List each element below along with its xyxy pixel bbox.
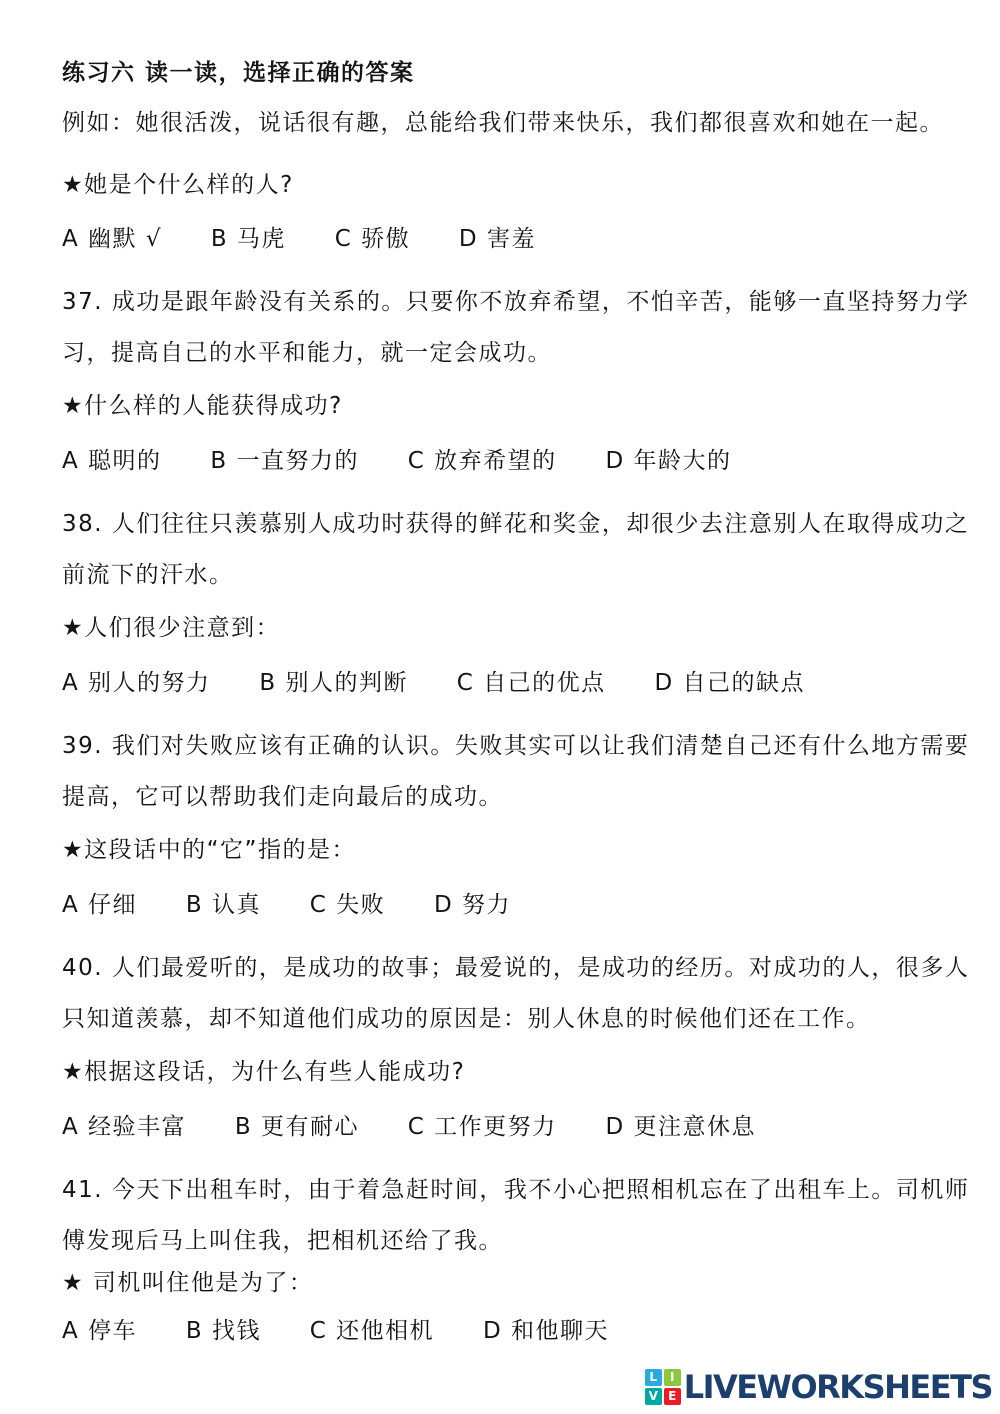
star-icon: ★ xyxy=(62,1059,84,1085)
worksheet-page: 练习六 读一读，选择正确的答案 例如：她很活泼，说话很有趣，总能给我们带来快乐，… xyxy=(0,0,1000,1414)
options-line-40: A 经验丰富 B 更有耐心 C 工作更努力 D 更注意休息 xyxy=(62,1112,950,1142)
option-c[interactable]: C 放弃希望的 xyxy=(408,446,557,476)
star-icon: ★ xyxy=(62,393,84,419)
passage-line: 40. 人们最爱听的，是成功的故事；最爱说的，是成功的经历。对成功的人，很多人 xyxy=(62,953,950,983)
option-d[interactable]: D 害羞 xyxy=(459,224,536,254)
option-c[interactable]: C 还他相机 xyxy=(310,1316,434,1346)
logo-cell-l: L xyxy=(645,1369,662,1386)
logo-cell-v: V xyxy=(645,1388,662,1405)
passage-line: 38. 人们往往只羡慕别人成功时获得的鲜花和奖金，却很少去注意别人在取得成功之 xyxy=(62,509,950,539)
question-text: 她是个什么样的人? xyxy=(84,172,294,198)
option-a[interactable]: A 停车 xyxy=(62,1316,137,1346)
example-intro: 例如：她很活泼，说话很有趣，总能给我们带来快乐，我们都很喜欢和她在一起。 xyxy=(62,108,950,138)
star-icon: ★ xyxy=(62,1270,84,1296)
page-title: 练习六 读一读，选择正确的答案 xyxy=(62,58,950,88)
question-line-41: ★ 司机叫住他是为了： xyxy=(62,1268,950,1298)
brand-name: LIVEWORKSHEETS xyxy=(684,1368,992,1406)
option-c[interactable]: C 自己的优点 xyxy=(457,668,606,698)
option-b[interactable]: B 找钱 xyxy=(186,1316,261,1346)
passage-line: 习，提高自己的水平和能力，就一定会成功。 xyxy=(62,338,950,368)
option-c[interactable]: C 骄傲 xyxy=(335,224,410,254)
option-d[interactable]: D 努力 xyxy=(434,890,511,920)
question-line-40: ★根据这段话，为什么有些人能成功? xyxy=(62,1057,950,1087)
worksheet-content: 练习六 读一读，选择正确的答案 例如：她很活泼，说话很有趣，总能给我们带来快乐，… xyxy=(0,0,1000,1346)
option-b[interactable]: B 一直努力的 xyxy=(210,446,359,476)
passage-line: 傅发现后马上叫住我，把相机还给了我。 xyxy=(62,1226,950,1256)
option-d[interactable]: D 年龄大的 xyxy=(605,446,731,476)
passage-line: 只知道羡慕，却不知道他们成功的原因是：别人休息的时候他们还在工作。 xyxy=(62,1004,950,1034)
question-text: 这段话中的“它”指的是： xyxy=(84,837,356,863)
option-a[interactable]: A 别人的努力 xyxy=(62,668,211,698)
options-line-37: A 聪明的 B 一直努力的 C 放弃希望的 D 年龄大的 xyxy=(62,446,950,476)
option-b[interactable]: B 认真 xyxy=(186,890,261,920)
question-text: 什么样的人能获得成功? xyxy=(84,393,343,419)
question-line-37: ★什么样的人能获得成功? xyxy=(62,391,950,421)
star-icon: ★ xyxy=(62,615,84,641)
liveworksheets-logo[interactable]: L I V E LIVEWORKSHEETS xyxy=(645,1368,992,1406)
question-text: 司机叫住他是为了： xyxy=(84,1270,313,1296)
options-line-41: A 停车 B 找钱 C 还他相机 D 和他聊天 xyxy=(62,1316,950,1346)
passage-line: 37. 成功是跟年龄没有关系的。只要你不放弃希望，不怕辛苦，能够一直坚持努力学 xyxy=(62,287,950,317)
passage-line: 41. 今天下出租车时，由于着急赶时间，我不小心把照相机忘在了出租车上。司机师 xyxy=(62,1175,950,1205)
option-a[interactable]: A 经验丰富 xyxy=(62,1112,186,1142)
option-b[interactable]: B 马虎 xyxy=(211,224,286,254)
option-d[interactable]: D 自己的缺点 xyxy=(654,668,805,698)
passage-line: 提高，它可以帮助我们走向最后的成功。 xyxy=(62,782,950,812)
option-a[interactable]: A 仔细 xyxy=(62,890,137,920)
option-a[interactable]: A 幽默 √ xyxy=(62,224,162,254)
logo-cell-e: E xyxy=(664,1388,681,1405)
option-b[interactable]: B 别人的判断 xyxy=(259,668,408,698)
options-line-38: A 别人的努力 B 别人的判断 C 自己的优点 D 自己的缺点 xyxy=(62,668,950,698)
options-line-39: A 仔细 B 认真 C 失败 D 努力 xyxy=(62,890,950,920)
option-c[interactable]: C 失败 xyxy=(310,890,385,920)
option-c[interactable]: C 工作更努力 xyxy=(408,1112,557,1142)
question-text: 根据这段话，为什么有些人能成功? xyxy=(84,1059,465,1085)
question-text: 人们很少注意到： xyxy=(84,615,280,641)
liveworksheets-grid-icon: L I V E xyxy=(645,1369,682,1406)
option-d[interactable]: D 和他聊天 xyxy=(483,1316,609,1346)
option-d[interactable]: D 更注意休息 xyxy=(605,1112,756,1142)
star-icon: ★ xyxy=(62,837,84,863)
star-icon: ★ xyxy=(62,172,84,198)
example-question-line: ★她是个什么样的人? xyxy=(62,170,950,200)
passage-line: 前流下的汗水。 xyxy=(62,560,950,590)
example-options-line: A 幽默 √ B 马虎 C 骄傲 D 害羞 xyxy=(62,224,950,254)
question-line-39: ★这段话中的“它”指的是： xyxy=(62,835,950,865)
logo-cell-i: I xyxy=(664,1369,681,1386)
passage-line: 39. 我们对失败应该有正确的认识。失败其实可以让我们清楚自己还有什么地方需要 xyxy=(62,731,950,761)
option-a[interactable]: A 聪明的 xyxy=(62,446,162,476)
option-b[interactable]: B 更有耐心 xyxy=(235,1112,359,1142)
question-line-38: ★人们很少注意到： xyxy=(62,613,950,643)
